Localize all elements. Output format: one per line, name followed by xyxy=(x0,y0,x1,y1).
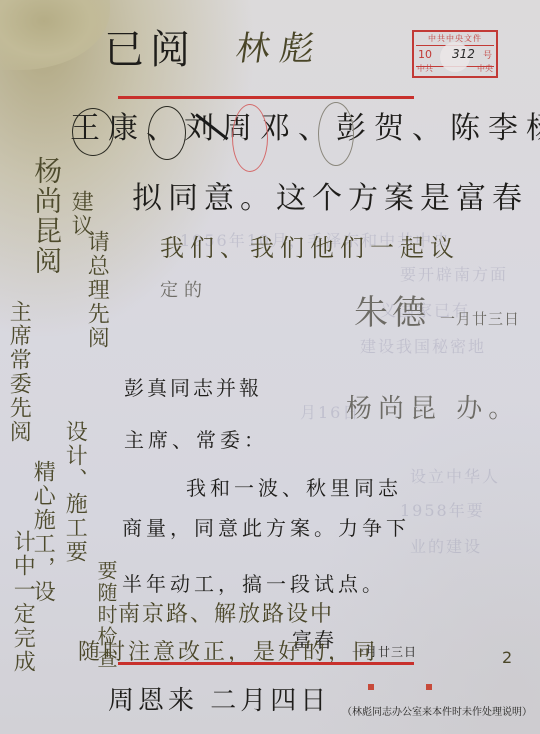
letter-line3: 我和一波、秋里同志 xyxy=(186,478,402,498)
left-margin-column: 要随时检查 xyxy=(94,560,117,670)
annotation-read: 已阅 xyxy=(104,30,196,70)
header-red-rule xyxy=(118,96,414,99)
left-margin-column: 计中一定完成 xyxy=(10,530,35,700)
bleed-through-text: 建设我国秘密地 xyxy=(360,334,486,357)
left-margin-column: 设计、施工要 xyxy=(62,420,87,600)
name-circle-red xyxy=(232,104,268,172)
stamp-prefix: 10 xyxy=(418,48,432,61)
overwrite-note-line1: 南京路、解放路设中 xyxy=(118,604,334,626)
bleed-through-text: 1958年要 xyxy=(400,498,485,521)
letter-line4: 商量，同意此方案。力争下 xyxy=(122,518,410,538)
letter-recipients: 主席、常委： xyxy=(124,430,268,450)
mao-note-line3: 定的 xyxy=(160,282,208,300)
stamp-bottom-right: 中央 xyxy=(477,63,493,74)
stamp-bottom-left: 中共 xyxy=(417,63,433,74)
footer-red-rule xyxy=(118,662,414,665)
mao-note-line1: 拟同意。这个方案是富春 xyxy=(132,184,528,214)
archive-stamp: 中共中央文件 10 312 号 中共 中央 xyxy=(412,30,498,78)
pencil-date: 一月廿三日 xyxy=(440,312,520,327)
bleed-through-text: 业的建设 xyxy=(410,534,482,557)
mao-note-line2: 我们、我们他们一起议 xyxy=(160,236,460,260)
pencil-signature: 朱德 xyxy=(354,296,430,330)
routing-line: 王康、刘周邓、彭贺、陈李杨阅。 xyxy=(70,114,540,144)
stamp-suffix: 号 xyxy=(483,48,492,61)
bleed-through-text: 要开辟南方面 xyxy=(400,262,508,285)
annotation-linbiao: 林彪 xyxy=(234,32,327,66)
name-circle xyxy=(318,102,354,166)
name-circle xyxy=(72,108,114,156)
left-margin-column: 请总理先阅 xyxy=(84,230,109,410)
left-margin-column: 主席常委先阅 xyxy=(6,300,31,500)
pencil-note-2: 杨尚昆 办。 xyxy=(346,396,520,422)
bleed-through-text: 设立中华人 xyxy=(410,464,500,487)
letter-salutation: 彭真同志并報 xyxy=(124,378,262,398)
name-circle xyxy=(148,106,186,160)
red-seal-mark xyxy=(426,684,432,690)
overwrite-note-line2: 随时注意改正，是好的，同 xyxy=(78,642,378,664)
footer-note: （林彪同志办公室来本件时未作处理说明） xyxy=(342,708,532,718)
page-mark: 2 xyxy=(502,650,512,666)
left-margin-column: 杨尚昆阅 xyxy=(30,156,62,386)
red-seal-mark xyxy=(368,684,374,690)
letter-line5: 半年动工，搞一段试点。 xyxy=(122,574,386,594)
stamp-number: 312 xyxy=(452,47,475,61)
overwrite-note-signature: 周恩来 二月四日 xyxy=(108,688,330,714)
